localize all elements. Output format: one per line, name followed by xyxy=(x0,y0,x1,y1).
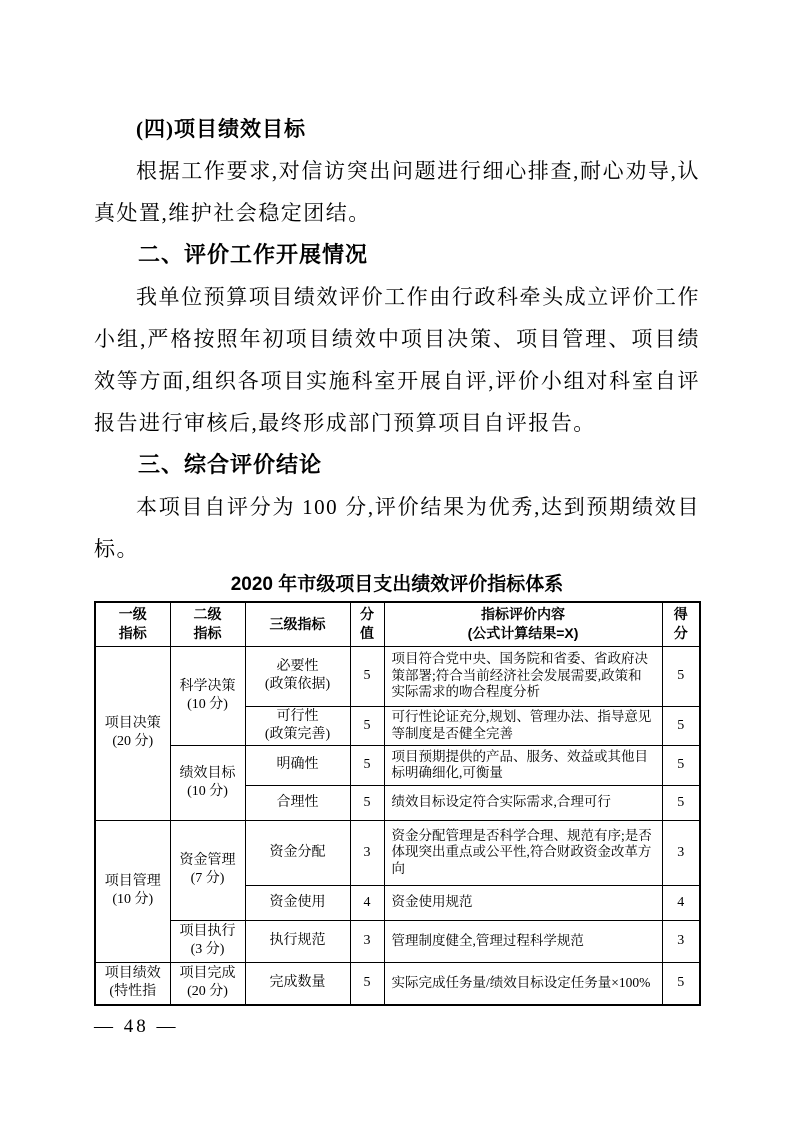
cell-score: 3 xyxy=(662,920,700,962)
cell-score: 4 xyxy=(662,885,700,920)
section-heading-project-performance-goal: (四)项目绩效目标 xyxy=(94,108,700,150)
header-level1-indicator: 一级 指标 xyxy=(95,602,170,646)
cell-level2-scientific-decision: 科学决策 (10 分) xyxy=(170,646,245,745)
cell-level3: 执行规范 xyxy=(245,920,350,962)
section-heading-evaluation-work: 二、评价工作开展情况 xyxy=(94,234,700,276)
header-point-value: 分 值 xyxy=(350,602,384,646)
cell-point-value: 4 xyxy=(350,885,384,920)
cell-score: 3 xyxy=(662,820,700,885)
cell-point-value: 3 xyxy=(350,820,384,885)
cell-evaluation-content: 项目预期提供的产品、服务、效益或其他目标明确细化,可衡量 xyxy=(384,745,662,785)
document-page: (四)项目绩效目标 根据工作要求,对信访突出问题进行细心排查,耐心劝导,认真处置… xyxy=(0,0,793,1122)
evaluation-indicator-table: 一级 指标 二级 指标 三级指标 分 值 指标评价内容 (公式计算结果=X) 得… xyxy=(94,601,701,1006)
document-content: (四)项目绩效目标 根据工作要求,对信访突出问题进行细心排查,耐心劝导,认真处置… xyxy=(94,108,700,1006)
cell-point-value: 5 xyxy=(350,962,384,1005)
cell-level1-project-performance: 项目绩效 (特性指 xyxy=(95,962,170,1005)
cell-score: 5 xyxy=(662,646,700,706)
cell-level3: 资金分配 xyxy=(245,820,350,885)
cell-score: 5 xyxy=(662,706,700,745)
cell-level3: 必要性 (政策依据) xyxy=(245,646,350,706)
cell-evaluation-content: 资金使用规范 xyxy=(384,885,662,920)
cell-score: 5 xyxy=(662,962,700,1005)
table-row: 绩效目标 (10 分) 明确性 5 项目预期提供的产品、服务、效益或其他目标明确… xyxy=(95,745,700,785)
cell-point-value: 5 xyxy=(350,745,384,785)
cell-point-value: 5 xyxy=(350,785,384,820)
cell-evaluation-content: 实际完成任务量/绩效目标设定任务量×100% xyxy=(384,962,662,1005)
cell-evaluation-content: 项目符合党中央、国务院和省委、省政府决策部署;符合当前经济社会发展需要,政策和实… xyxy=(384,646,662,706)
cell-level3: 可行性 (政策完善) xyxy=(245,706,350,745)
cell-evaluation-content: 管理制度健全,管理过程科学规范 xyxy=(384,920,662,962)
cell-level3: 资金使用 xyxy=(245,885,350,920)
cell-level3: 完成数量 xyxy=(245,962,350,1005)
paragraph-evaluation-work: 我单位预算项目绩效评价工作由行政科牵头成立评价工作小组,严格按照年初项目绩效中项… xyxy=(94,276,700,444)
table-header-row: 一级 指标 二级 指标 三级指标 分 值 指标评价内容 (公式计算结果=X) 得… xyxy=(95,602,700,646)
header-score: 得 分 xyxy=(662,602,700,646)
section-heading-overall-conclusion: 三、综合评价结论 xyxy=(94,444,700,486)
table-row: 项目绩效 (特性指 项目完成 (20 分) 完成数量 5 实际完成任务量/绩效目… xyxy=(95,962,700,1005)
cell-level2-project-completion: 项目完成 (20 分) xyxy=(170,962,245,1005)
cell-evaluation-content: 绩效目标设定符合实际需求,合理可行 xyxy=(384,785,662,820)
cell-level3: 合理性 xyxy=(245,785,350,820)
table-title: 2020 年市级项目支出绩效评价指标体系 xyxy=(94,573,700,597)
page-number: — 48 — xyxy=(94,1016,179,1038)
cell-point-value: 3 xyxy=(350,920,384,962)
cell-level1-project-decision: 项目决策 (20 分) xyxy=(95,646,170,820)
cell-score: 5 xyxy=(662,745,700,785)
cell-level2-project-execution: 项目执行 (3 分) xyxy=(170,920,245,962)
cell-evaluation-content: 资金分配管理是否科学合理、规范有序;是否体现突出重点或公平性,符合财政资金改革方… xyxy=(384,820,662,885)
paragraph-overall-conclusion: 本项目自评分为 100 分,评价结果为优秀,达到预期绩效目标。 xyxy=(94,486,700,570)
cell-level1-project-management: 项目管理 (10 分) xyxy=(95,820,170,962)
header-level2-indicator: 二级 指标 xyxy=(170,602,245,646)
paragraph-performance-goal: 根据工作要求,对信访突出问题进行细心排查,耐心劝导,认真处置,维护社会稳定团结。 xyxy=(94,150,700,234)
cell-point-value: 5 xyxy=(350,706,384,745)
cell-level2-fund-management: 资金管理 (7 分) xyxy=(170,820,245,920)
cell-score: 5 xyxy=(662,785,700,820)
table-row: 项目决策 (20 分) 科学决策 (10 分) 必要性 (政策依据) 5 项目符… xyxy=(95,646,700,706)
cell-evaluation-content: 可行性论证充分,规划、管理办法、指导意见等制度是否健全完善 xyxy=(384,706,662,745)
table-row: 项目管理 (10 分) 资金管理 (7 分) 资金分配 3 资金分配管理是否科学… xyxy=(95,820,700,885)
header-level3-indicator: 三级指标 xyxy=(245,602,350,646)
cell-level3: 明确性 xyxy=(245,745,350,785)
table-row: 项目执行 (3 分) 执行规范 3 管理制度健全,管理过程科学规范 3 xyxy=(95,920,700,962)
header-evaluation-content: 指标评价内容 (公式计算结果=X) xyxy=(384,602,662,646)
cell-point-value: 5 xyxy=(350,646,384,706)
cell-level2-performance-goal: 绩效目标 (10 分) xyxy=(170,745,245,820)
